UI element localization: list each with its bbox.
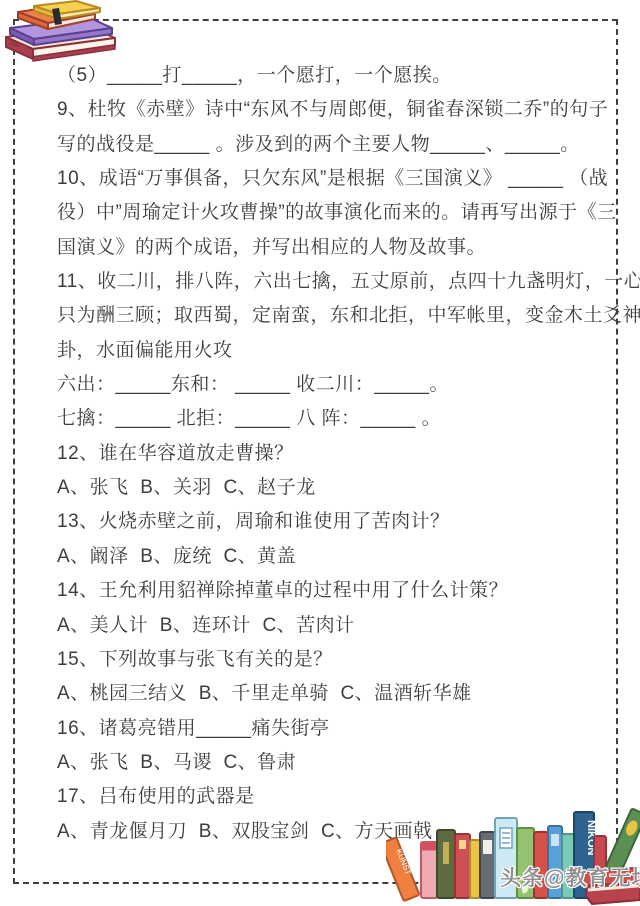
quiz-line: 卦，水面偏能用火攻	[57, 334, 609, 368]
quiz-line: 10、成语“万事俱备，只欠东风”是根据《三国演义》 _____ （战	[57, 162, 609, 196]
quiz-line: 只为酬三顾；取西蜀，定南蛮，东和北拒，中军帐里，变金木土爻神	[57, 299, 609, 333]
quiz-line: 六出：_____东和： _____ 收二川：_____。	[57, 368, 609, 402]
stacked-books-icon	[0, 0, 122, 64]
watermark: 头条@教育无垠	[500, 862, 640, 892]
quiz-line: 9、杜牧《赤壁》诗中“东风不与周郎便，铜雀春深锁二乔”的句子	[57, 93, 609, 127]
quiz-line: A、桃园三结义 B、千里走单骑 C、温酒斩华雄	[57, 677, 609, 711]
quiz-line: A、张飞 B、马谡 C、鲁肃	[57, 746, 609, 780]
quiz-line: 写的战役是_____ 。涉及到的两个主要人物_____、_____。	[57, 128, 609, 162]
quiz-text-block: （5）_____打_____，一个愿打，一个愿挨。 9、杜牧《赤壁》诗中“东风不…	[57, 59, 609, 849]
quiz-line: （5）_____打_____，一个愿打，一个愿挨。	[57, 59, 609, 93]
quiz-line: 13、火烧赤壁之前，周瑜和谁使用了苦肉计？	[57, 505, 609, 539]
quiz-line: 国演义》的两个成语，并写出相应的人物及故事。	[57, 231, 609, 265]
quiz-line: 14、王允利用貂禅除掉董卓的过程中用了什么计策？	[57, 574, 609, 608]
quiz-line: 役）中”周瑜定计火攻曹操”的故事演化而来的。请再写出源于《三	[57, 196, 609, 230]
quiz-line: 11、收二川，排八阵，六出七擒，五丈原前，点四十九盏明灯，一心	[57, 265, 609, 299]
quiz-line: A、美人计 B、连环计 C、苦肉计	[57, 609, 609, 643]
quiz-line: A、阚泽 B、庞统 C、黄盖	[57, 540, 609, 574]
quiz-line: 16、诸葛亮错用_____痛失街亭	[57, 712, 609, 746]
quiz-line: 15、下列故事与张飞有关的是？	[57, 643, 609, 677]
quiz-line: 12、谁在华容道放走曹操？	[57, 437, 609, 471]
quiz-line: A、张飞 B、关羽 C、赵子龙	[57, 471, 609, 505]
quiz-line: 七擒：_____ 北拒：_____ 八 阵：_____ 。	[57, 402, 609, 436]
worksheet-page: （5）_____打_____，一个愿打，一个愿挨。 9、杜牧《赤壁》诗中“东风不…	[0, 0, 640, 906]
